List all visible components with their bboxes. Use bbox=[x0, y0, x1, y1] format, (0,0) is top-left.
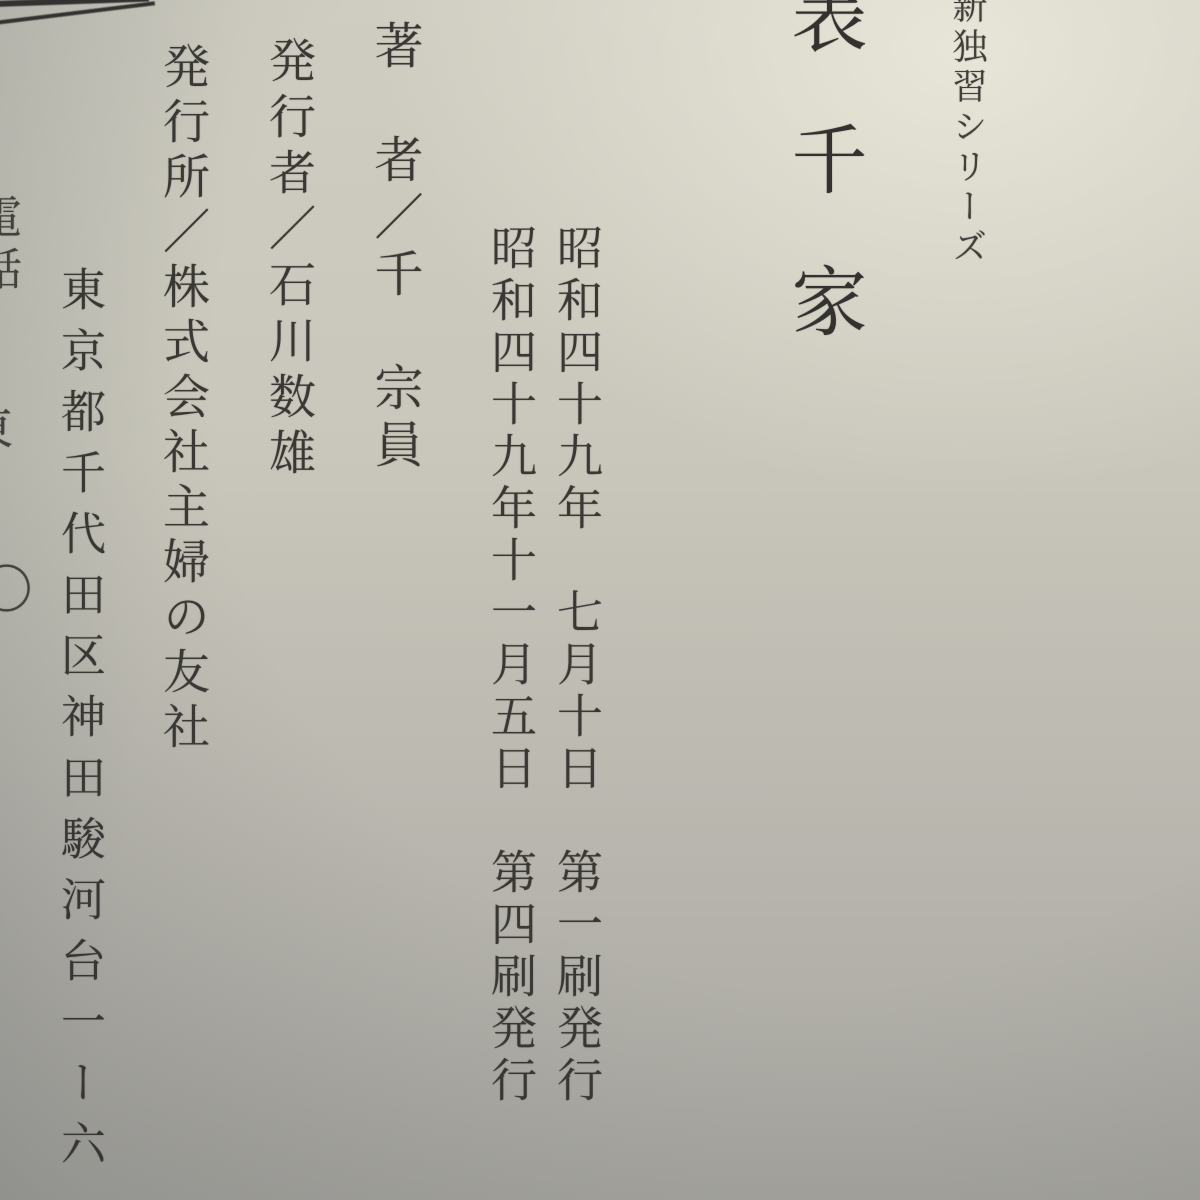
book-colophon-page: 新独習シリーズ 表千家 昭和四十九年 七月十日 第一刷発行 昭和四十九年十一月五… bbox=[0, 0, 1200, 1200]
publisher-person-line: 発行者／石川数雄 bbox=[264, 36, 311, 484]
frame-rule-top bbox=[0, 0, 149, 7]
phone-label-fragment: 電話 bbox=[0, 194, 17, 298]
book-title: 表千家 bbox=[784, 0, 860, 404]
publisher-address-line: 東京都千代田区神田駿河台一ー六 bbox=[56, 266, 101, 1181]
author-line: 著 者／千 宗員 bbox=[371, 20, 420, 476]
phone-city-fragment: 東 bbox=[0, 404, 9, 450]
publisher-company-line: 発行所／株式会社主婦の友社 bbox=[158, 42, 205, 757]
frame-rule-diagonal bbox=[0, 1, 155, 25]
first-printing-line: 昭和四十九年 七月十日 第一刷発行 bbox=[553, 224, 599, 1108]
fourth-printing-line: 昭和四十九年十一月五日 第四刷発行 bbox=[487, 224, 533, 1108]
series-label: 新独習シリーズ bbox=[950, 0, 985, 268]
phone-number-fragment: 〇 bbox=[0, 562, 26, 614]
